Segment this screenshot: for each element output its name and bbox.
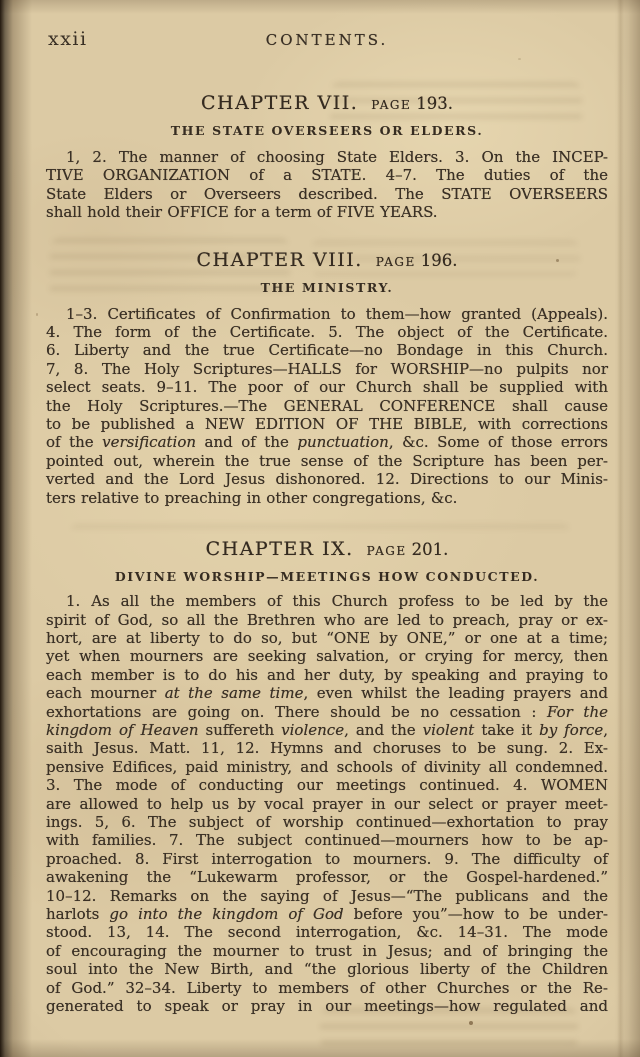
text-line: of God.” 32–34. Liberty to members of ot… bbox=[46, 979, 608, 997]
chapter-summary-paragraph: 1. As all the members of this Church pro… bbox=[46, 592, 608, 1015]
text-line: 6. Liberty and the true Certificate—no B… bbox=[46, 341, 608, 359]
text-line: yet when mourners are seeking salvation,… bbox=[46, 647, 608, 665]
chapter-page-number: 201. bbox=[412, 540, 449, 559]
running-title: CONTENTS. bbox=[46, 27, 608, 49]
foxing-speck bbox=[36, 313, 38, 316]
text-line: pointed out, wherein the true sense of t… bbox=[46, 452, 608, 470]
text-line: ters relative to preaching in other cong… bbox=[46, 489, 608, 507]
chapter-label: CHAPTER VIII. bbox=[196, 249, 362, 271]
chapter-page-number: 193. bbox=[416, 94, 453, 113]
chapter-heading: CHAPTER VII.PAGE193. bbox=[46, 92, 608, 114]
text-line: 3. The mode of conducting our meetings c… bbox=[46, 776, 608, 794]
text-line: each mourner at the same time, even whil… bbox=[46, 684, 608, 702]
foxing-speck bbox=[469, 1021, 473, 1025]
text-line: saith Jesus. Matt. 11, 12. Hymns and cho… bbox=[46, 739, 608, 757]
text-line: harlots go into the kingdom of God befor… bbox=[46, 905, 608, 923]
text-line: exhortations are going on. There should … bbox=[46, 703, 608, 721]
text-line: shall hold their OFFICE for a term of FI… bbox=[46, 203, 608, 221]
chapter-subtitle: DIVINE WORSHIP—MEETINGS HOW CONDUCTED. bbox=[46, 569, 608, 584]
chapter-heading: CHAPTER IX.PAGE201. bbox=[46, 538, 608, 560]
text-line: soul into the New Birth, and “the glorio… bbox=[46, 960, 608, 978]
page-word: PAGE bbox=[367, 544, 407, 558]
text-line: the Holy Scriptures.—The GENERAL CONFERE… bbox=[46, 397, 608, 415]
text-line: hort, are at liberty to do so, but “ONE … bbox=[46, 629, 608, 647]
text-line: each member is to do his and her duty, b… bbox=[46, 666, 608, 684]
text-line: to be published a NEW EDITION OF THE BIB… bbox=[46, 415, 608, 433]
text-line: awakening the “Lukewarm professor, or th… bbox=[46, 868, 608, 886]
text-line: proached. 8. First interrogation to mour… bbox=[46, 850, 608, 868]
text-line: of encouraging the mourner to trust in J… bbox=[46, 942, 608, 960]
text-line: 10–12. Remarks on the saying of Jesus—“T… bbox=[46, 887, 608, 905]
text-column: xxii CONTENTS. CHAPTER VII.PAGE193. THE … bbox=[46, 0, 608, 1015]
text-line: 4. The form of the Certificate. 5. The o… bbox=[46, 323, 608, 341]
text-line: kingdom of Heaven suffereth violence, an… bbox=[46, 721, 608, 739]
chapter-subtitle: THE STATE OVERSEERS OR ELDERS. bbox=[46, 123, 608, 138]
scanned-book-page: xxii CONTENTS. CHAPTER VII.PAGE193. THE … bbox=[0, 0, 640, 1057]
text-line: pensive Edifices, paid ministry, and sch… bbox=[46, 758, 608, 776]
text-line: ings. 5, 6. The subject of worship conti… bbox=[46, 813, 608, 831]
text-line: with families. 7. The subject continued—… bbox=[46, 831, 608, 849]
text-line: State Elders or Overseers described. The… bbox=[46, 185, 608, 203]
chapter-page-number: 196. bbox=[421, 251, 458, 270]
text-line: verted and the Lord Jesus dishonored. 12… bbox=[46, 470, 608, 488]
section-chapter-8: CHAPTER VIII.PAGE196. THE MINISTRY. 1–3.… bbox=[46, 249, 608, 507]
text-line: spirit of God, so all the Brethren who a… bbox=[46, 611, 608, 629]
chapter-summary-paragraph: 1–3. Certificates of Confirmation to the… bbox=[46, 305, 608, 507]
text-line: generated to speak or pray in our meetin… bbox=[46, 997, 608, 1015]
page-word: PAGE bbox=[376, 255, 416, 269]
section-chapter-9: CHAPTER IX.PAGE201. DIVINE WORSHIP—MEETI… bbox=[46, 538, 608, 1015]
text-line: are allowed to help us by vocal prayer i… bbox=[46, 795, 608, 813]
chapter-label: CHAPTER VII. bbox=[201, 92, 358, 114]
section-chapter-7: CHAPTER VII.PAGE193. THE STATE OVERSEERS… bbox=[46, 92, 608, 222]
text-line: 7, 8. The Holy Scriptures—HALLS for WORS… bbox=[46, 360, 608, 378]
text-line: 1. As all the members of this Church pro… bbox=[46, 592, 608, 610]
folio-page-number: xxii bbox=[48, 28, 88, 50]
page-word: PAGE bbox=[371, 98, 411, 112]
page-header: xxii CONTENTS. bbox=[46, 27, 608, 53]
text-line: TIVE ORGANIZATION of a STATE. 4–7. The d… bbox=[46, 166, 608, 184]
text-line: of the versification and of the punctuat… bbox=[46, 433, 608, 451]
text-line: stood. 13, 14. The second interrogation,… bbox=[46, 923, 608, 941]
chapter-heading: CHAPTER VIII.PAGE196. bbox=[46, 249, 608, 271]
page-fold-streak bbox=[617, 0, 624, 1057]
text-line: 1–3. Certificates of Confirmation to the… bbox=[46, 305, 608, 323]
chapter-label: CHAPTER IX. bbox=[206, 538, 354, 560]
chapter-summary-paragraph: 1, 2. The manner of choosing State Elder… bbox=[46, 148, 608, 222]
text-line: 1, 2. The manner of choosing State Elder… bbox=[46, 148, 608, 166]
text-line: select seats. 9–11. The poor of our Chur… bbox=[46, 378, 608, 396]
chapter-subtitle: THE MINISTRY. bbox=[46, 280, 608, 295]
